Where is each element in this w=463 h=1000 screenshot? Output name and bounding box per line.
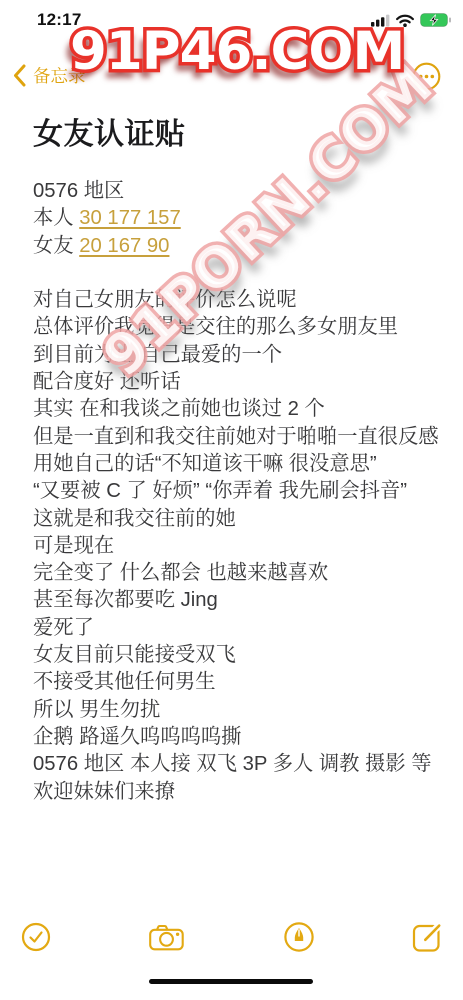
cellular-signal-icon (371, 14, 390, 27)
camera-button[interactable] (149, 924, 185, 954)
checkmark-circle-icon (21, 922, 51, 952)
note-line: 企鹅 路遥久呜呜呜呜撕 (33, 724, 457, 751)
gf-number-link[interactable]: 20 167 90 (79, 235, 169, 257)
camera-icon (149, 924, 185, 951)
more-options-button[interactable] (412, 62, 441, 96)
notes-app-screen: 12:17 备忘录 女友认 (0, 0, 463, 1000)
markup-button[interactable] (283, 921, 315, 956)
status-icons (371, 13, 451, 27)
note-line: 用她自己的话“不知道该干嘛 很没意思” (33, 451, 457, 478)
compose-button[interactable] (412, 921, 444, 956)
wifi-icon (396, 14, 414, 27)
markup-pen-icon (283, 921, 315, 953)
note-line: 其实 在和我谈之前她也谈过 2 个 (33, 396, 457, 423)
note-line: 对自己女朋友的评价怎么说呢 (33, 287, 457, 314)
compose-icon (412, 921, 444, 953)
note-line: 甚至每次都要吃 Jing (33, 587, 457, 614)
note-line-me: 本人 30 177 157 (33, 205, 457, 232)
note-line-region: 0576 地区 (33, 178, 457, 205)
back-button[interactable]: 备忘录 (13, 63, 86, 88)
note-line: “又要被 C 了 好烦” “你弄着 我先刷会抖音” (33, 478, 457, 505)
note-title: 女友认证贴 (33, 109, 186, 153)
note-line: 到目前为止 自己最爱的一个 (33, 342, 457, 369)
ellipsis-circle-icon (412, 62, 441, 91)
note-line: 爱死了 (33, 615, 457, 642)
gf-label: 女友 (33, 235, 74, 257)
back-button-label: 备忘录 (33, 63, 86, 88)
note-line: 配合度好 还听话 (33, 369, 457, 396)
home-indicator[interactable] (149, 979, 313, 984)
note-line: 欢迎妹妹们来撩 (33, 779, 457, 806)
chevron-left-icon (13, 64, 26, 87)
blank-line (33, 260, 457, 287)
note-line: 这就是和我交往前的她 (33, 506, 457, 533)
note-line: 完全变了 什么都会 也越来越喜欢 (33, 560, 457, 587)
note-line: 不接受其他任何男生 (33, 669, 457, 696)
note-body[interactable]: 0576 地区 本人 30 177 157 女友 20 167 90 对自己女朋… (33, 178, 457, 806)
note-line: 0576 地区 本人接 双飞 3P 多人 调教 摄影 等 (33, 751, 457, 778)
note-line: 总体评价我觉得是交往的那么多女朋友里 (33, 314, 457, 341)
checklist-button[interactable] (21, 922, 51, 955)
status-time: 12:17 (37, 10, 81, 30)
watermark-top: 91P46.COM (70, 21, 404, 82)
battery-charging-icon (420, 13, 451, 27)
note-line: 可是现在 (33, 533, 457, 560)
note-line-gf: 女友 20 167 90 (33, 233, 457, 260)
me-number-link[interactable]: 30 177 157 (79, 207, 181, 229)
me-label: 本人 (33, 207, 74, 229)
note-line: 所以 男生勿扰 (33, 697, 457, 724)
note-line: 但是一直到和我交往前她对于啪啪一直很反感 (33, 424, 457, 451)
note-line: 女友目前只能接受双飞 (33, 642, 457, 669)
